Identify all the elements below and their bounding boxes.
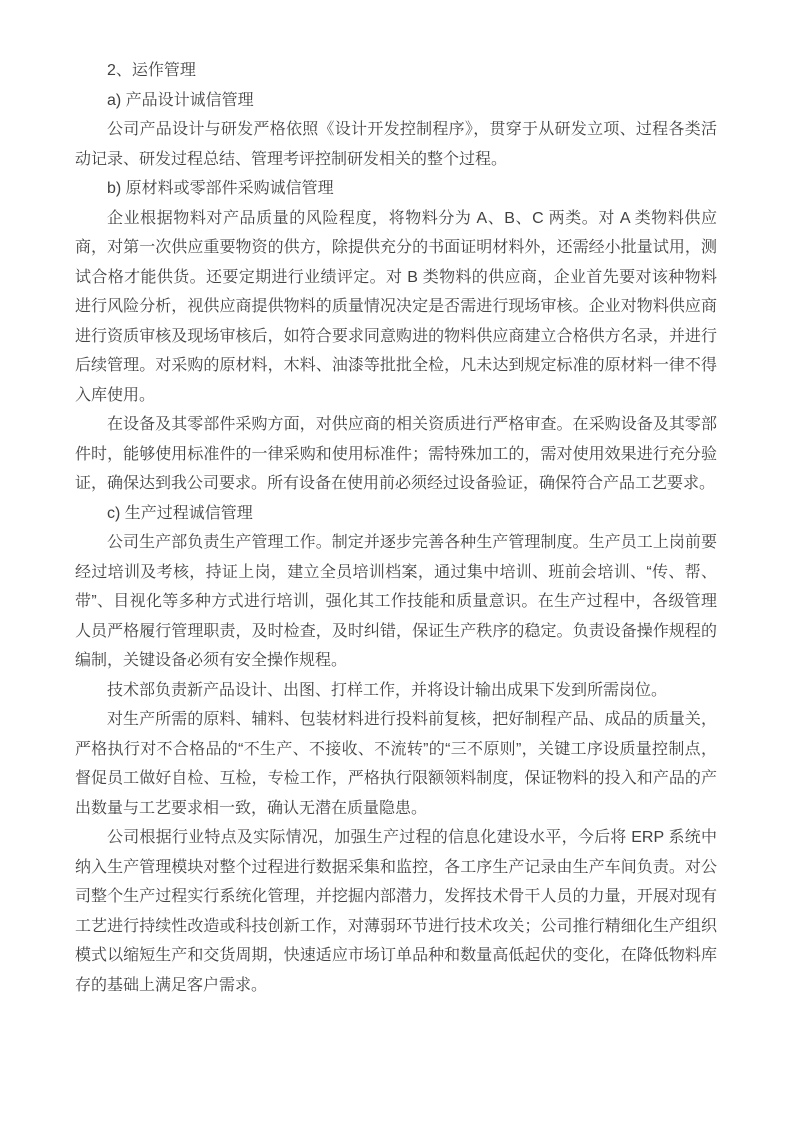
paragraph-quality-control: 对生产所需的原料、辅料、包装材料进行投料前复核，把好制程产品、成品的质量关，严格… bbox=[75, 705, 717, 823]
paragraph-material-classification: 企业根据物料对产品质量的风险程度，将物料分为 A、B、C 两类。对 A 类物料供… bbox=[75, 204, 717, 411]
paragraph-equipment-procurement: 在设备及其零部件采购方面，对供应商的相关资质进行严格审查。在采购设备及其零部件时… bbox=[75, 410, 717, 499]
subsection-heading-a-product-design: a) 产品设计诚信管理 bbox=[75, 86, 717, 116]
paragraph-erp-informatization: 公司根据行业特点及实际情况，加强生产过程的信息化建设水平，今后将 ERP 系统中… bbox=[75, 823, 717, 1000]
paragraph-product-design: 公司产品设计与研发严格依照《设计开发控制程序》，贯穿于从研发立项、过程各类活动记… bbox=[75, 115, 717, 174]
paragraph-tech-department: 技术部负责新产品设计、出图、打样工作，并将设计输出成果下发到所需岗位。 bbox=[75, 676, 717, 706]
subsection-heading-c-production-process: c) 生产过程诚信管理 bbox=[75, 499, 717, 529]
section-heading-operations-management: 2、运作管理 bbox=[75, 56, 717, 86]
paragraph-production-management: 公司生产部负责生产管理工作。制定并逐步完善各种生产管理制度。生产员工上岗前要经过… bbox=[75, 528, 717, 676]
subsection-heading-b-procurement: b) 原材料或零部件采购诚信管理 bbox=[75, 174, 717, 204]
document-page: 2、运作管理 a) 产品设计诚信管理 公司产品设计与研发严格依照《设计开发控制程… bbox=[0, 0, 793, 1121]
